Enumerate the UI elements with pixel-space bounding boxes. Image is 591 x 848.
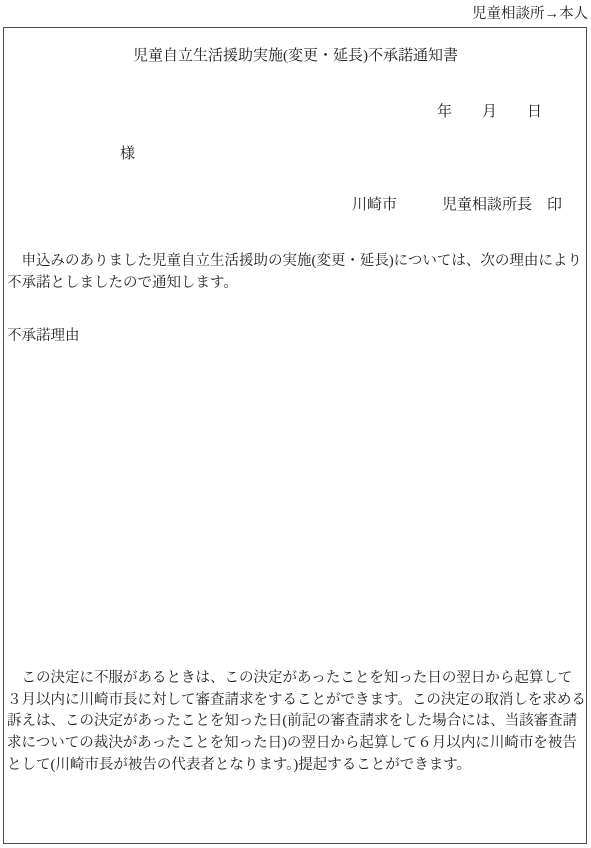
rejection-reason-label: 不承諾理由 xyxy=(7,325,80,347)
appeal-line: ３月以内に川崎市長に対して審査請求をすることができます。この決定の取消しを求める xyxy=(7,690,586,712)
body-line: 不承諾としましたので通知します。 xyxy=(7,272,586,294)
issuer-line: 川崎市 児童相談所長 印 xyxy=(352,194,562,216)
body-line: 申込みのありました児童自立生活援助の実施(変更・延長)については、次の理由により xyxy=(7,250,586,272)
addressee-honorific: 様 xyxy=(120,143,135,165)
appeal-line: として(川崎市長が被告の代表者となります。)提起することができます。 xyxy=(7,755,586,777)
routing-label: 児童相談所→本人 xyxy=(472,2,588,23)
body-paragraph: 申込みのありました児童自立生活援助の実施(変更・延長)については、次の理由により… xyxy=(7,250,586,294)
date-line: 年 月 日 xyxy=(437,101,542,123)
appeal-line: 訴えは、この決定があったことを知った日(前記の審査請求をした場合には、当該審査請 xyxy=(7,711,586,733)
document-page: 児童相談所→本人 児童自立生活援助実施(変更・延長)不承諾通知書 年 月 日 様… xyxy=(0,0,591,848)
appeal-notice-paragraph: この決定に不服があるときは、この決定があったことを知った日の翌日から起算して ３… xyxy=(7,668,586,777)
appeal-line: この決定に不服があるときは、この決定があったことを知った日の翌日から起算して xyxy=(7,668,586,690)
appeal-line: 求についての裁決があったことを知った日)の翌日から起算して６月以内に川崎市を被告 xyxy=(7,733,586,755)
document-title: 児童自立生活援助実施(変更・延長)不承諾通知書 xyxy=(0,45,591,67)
